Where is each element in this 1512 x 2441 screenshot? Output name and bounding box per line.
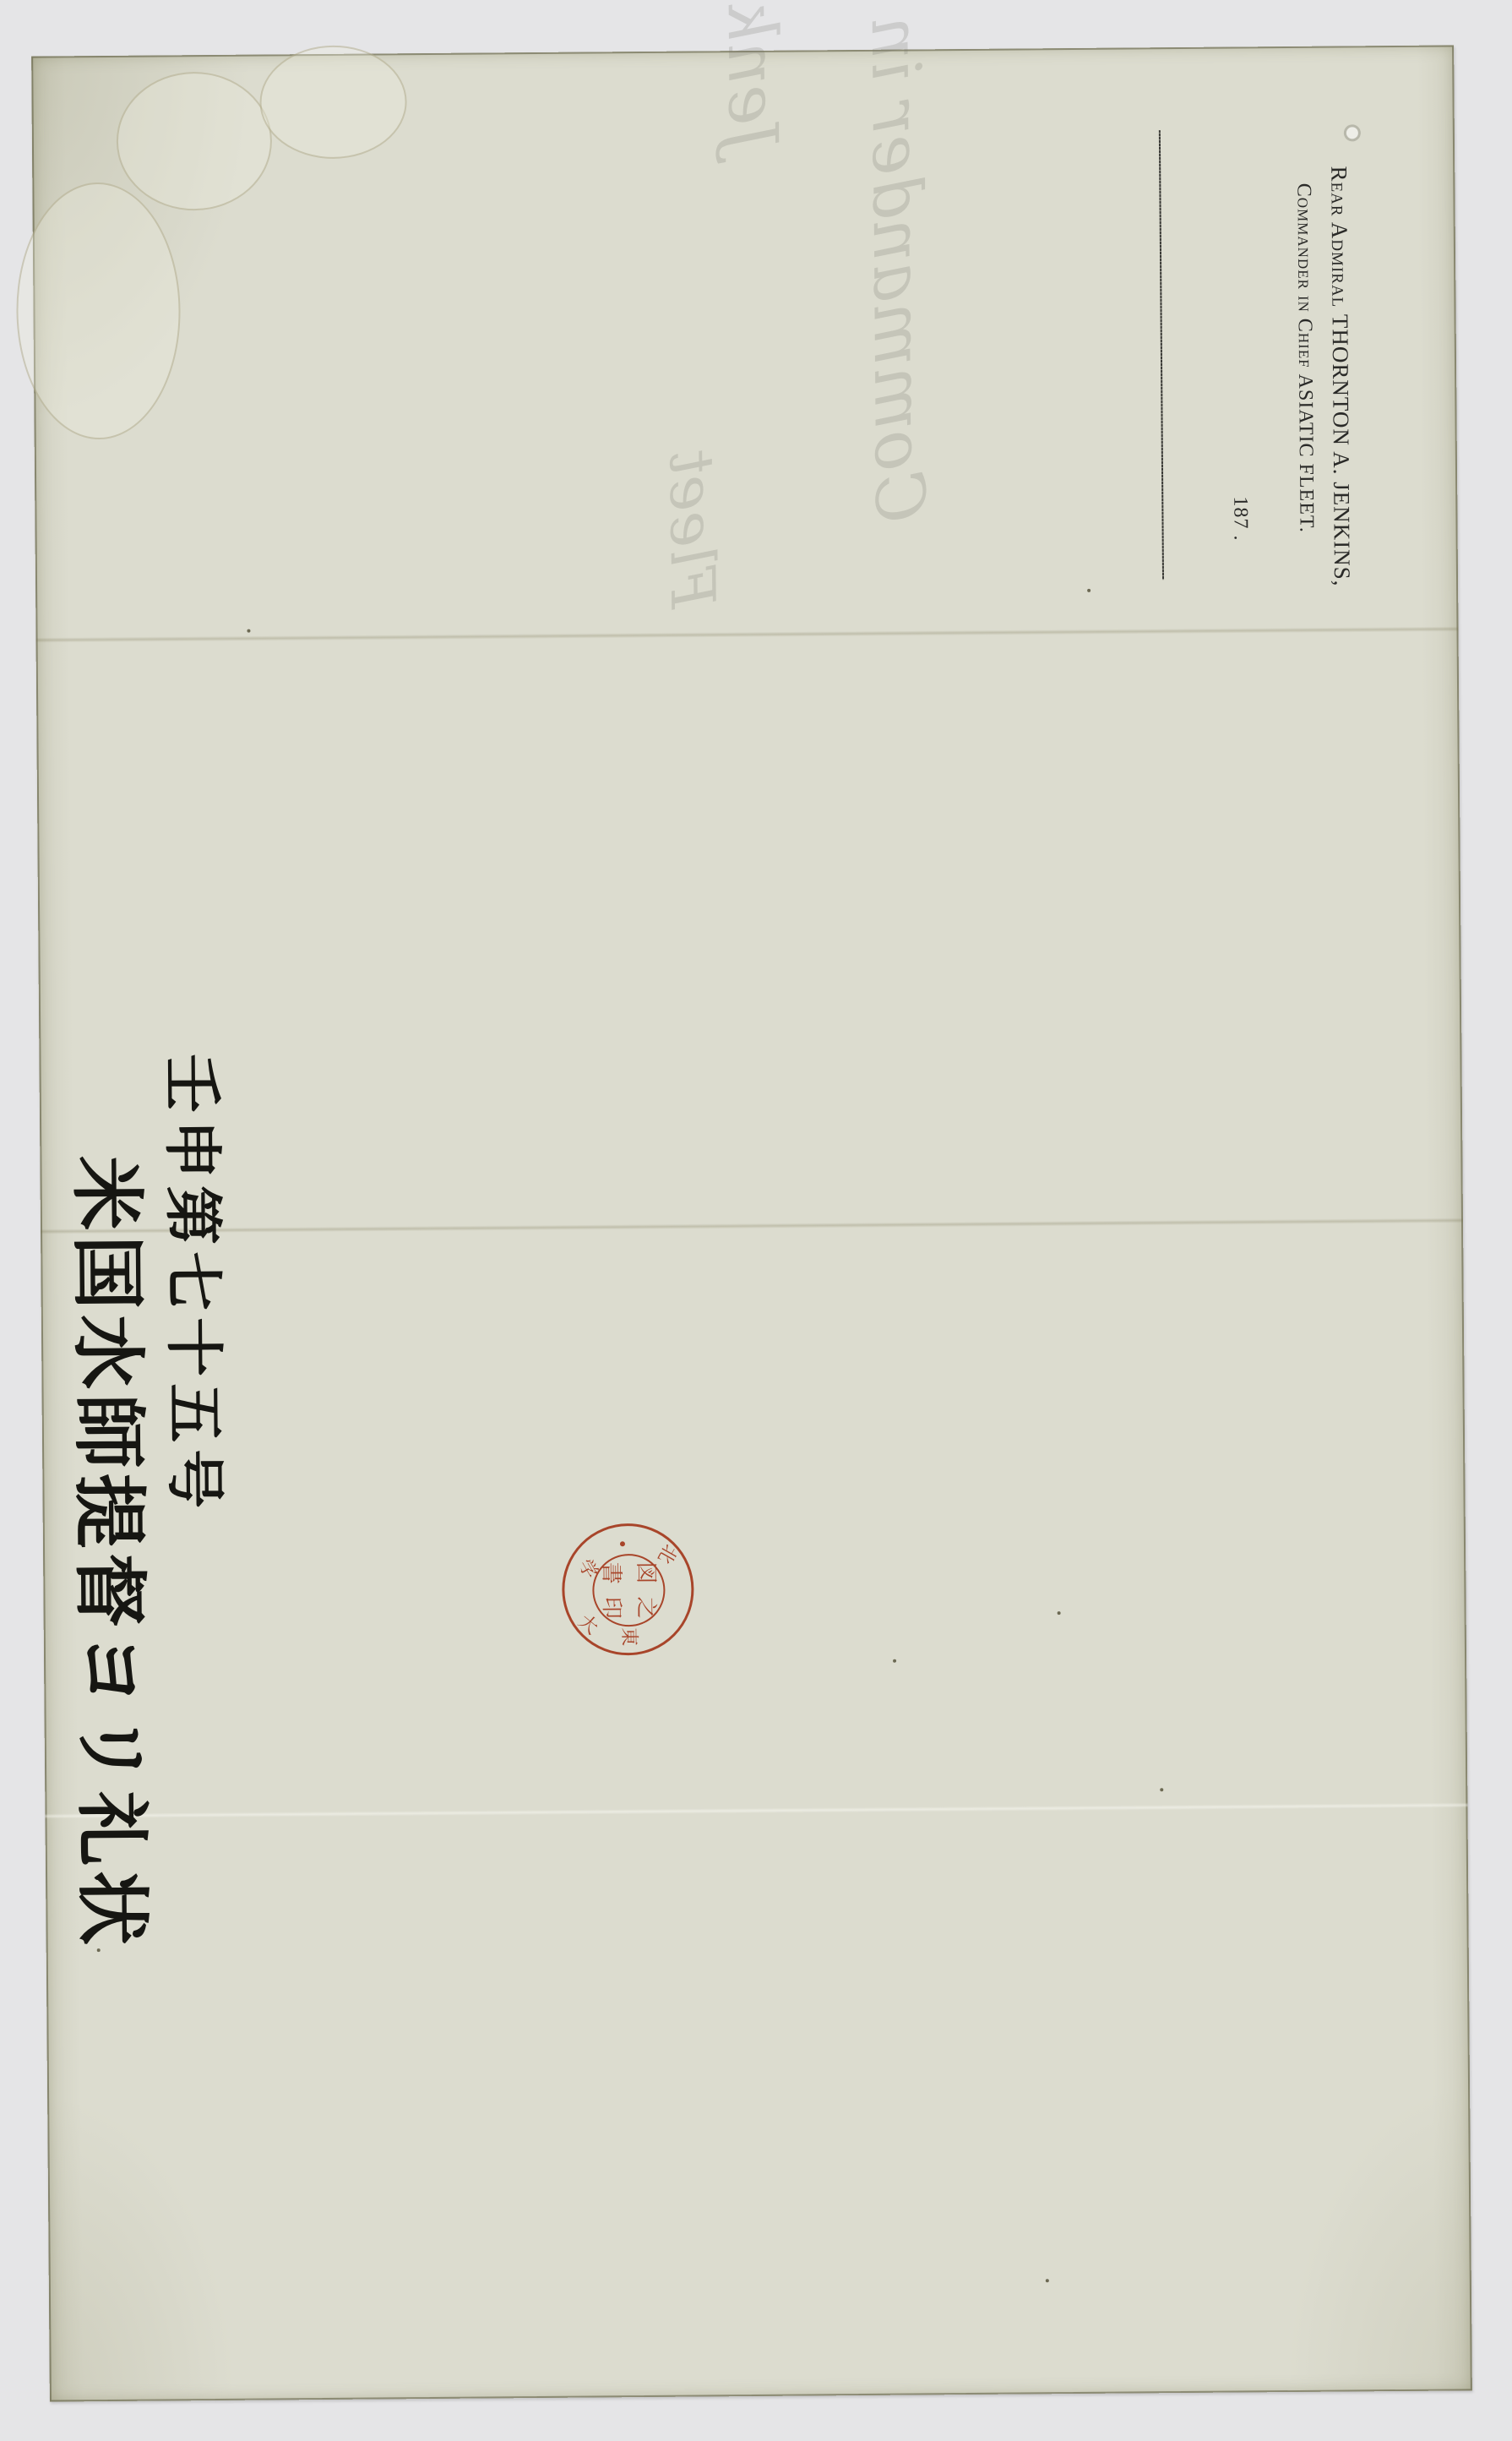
seal-inner-char: 図 (635, 1561, 657, 1583)
letterhead-title: Rear Admiral THORNTON A. JENKINS, (1325, 166, 1355, 586)
bleed-through-text: Commander in Chief (855, 0, 939, 523)
water-stain (15, 182, 181, 440)
seal-inner-char: 印 (601, 1597, 623, 1619)
seal-inner-circle: 図 之 書 印 (592, 1554, 666, 1627)
letterhead-fleet: ASIATIC FLEET. (1294, 374, 1317, 533)
fold-line-middle (41, 1218, 1463, 1234)
fold-line-lower (45, 1802, 1467, 1818)
foxing-speck (1046, 2279, 1049, 2282)
foxing-speck (893, 1659, 896, 1663)
letterhead-rule (1159, 130, 1164, 580)
punch-hole (1344, 124, 1361, 141)
seal-ring-char: 大 (574, 1612, 601, 1638)
letterhead-position: Commander in Chief (1292, 183, 1316, 374)
seal-dot (620, 1541, 625, 1546)
foxing-speck (1087, 589, 1090, 592)
foxing-speck (1058, 1611, 1061, 1615)
calligraphy-title: 米国水師提督ヨリ礼状 (58, 1155, 171, 1950)
letterhead-name: THORNTON A. JENKINS, (1328, 314, 1356, 587)
letterhead-date: 187 . (1228, 496, 1251, 541)
seal-inner-char: 之 (635, 1596, 657, 1618)
document-sheet: Jenkins Commander in Chief Fleet Rear Ad… (31, 45, 1472, 2401)
bleed-through-text: Fleet (656, 450, 728, 609)
letterhead-rank: Rear Admiral (1326, 166, 1352, 314)
bleed-through-text: Jenkins (712, 0, 792, 152)
foxing-speck (97, 1948, 101, 1952)
water-stain (116, 71, 272, 210)
letterhead-subtitle: Commander in Chief ASIATIC FLEET. (1292, 183, 1317, 533)
water-stain (259, 45, 407, 159)
seal-ring-char: 東 (619, 1627, 638, 1646)
seal-inner-char: 書 (601, 1562, 623, 1584)
library-seal: 東 北 大 学 図 之 書 印 (562, 1523, 694, 1656)
foxing-speck (1160, 1788, 1163, 1791)
foxing-speck (247, 629, 250, 633)
